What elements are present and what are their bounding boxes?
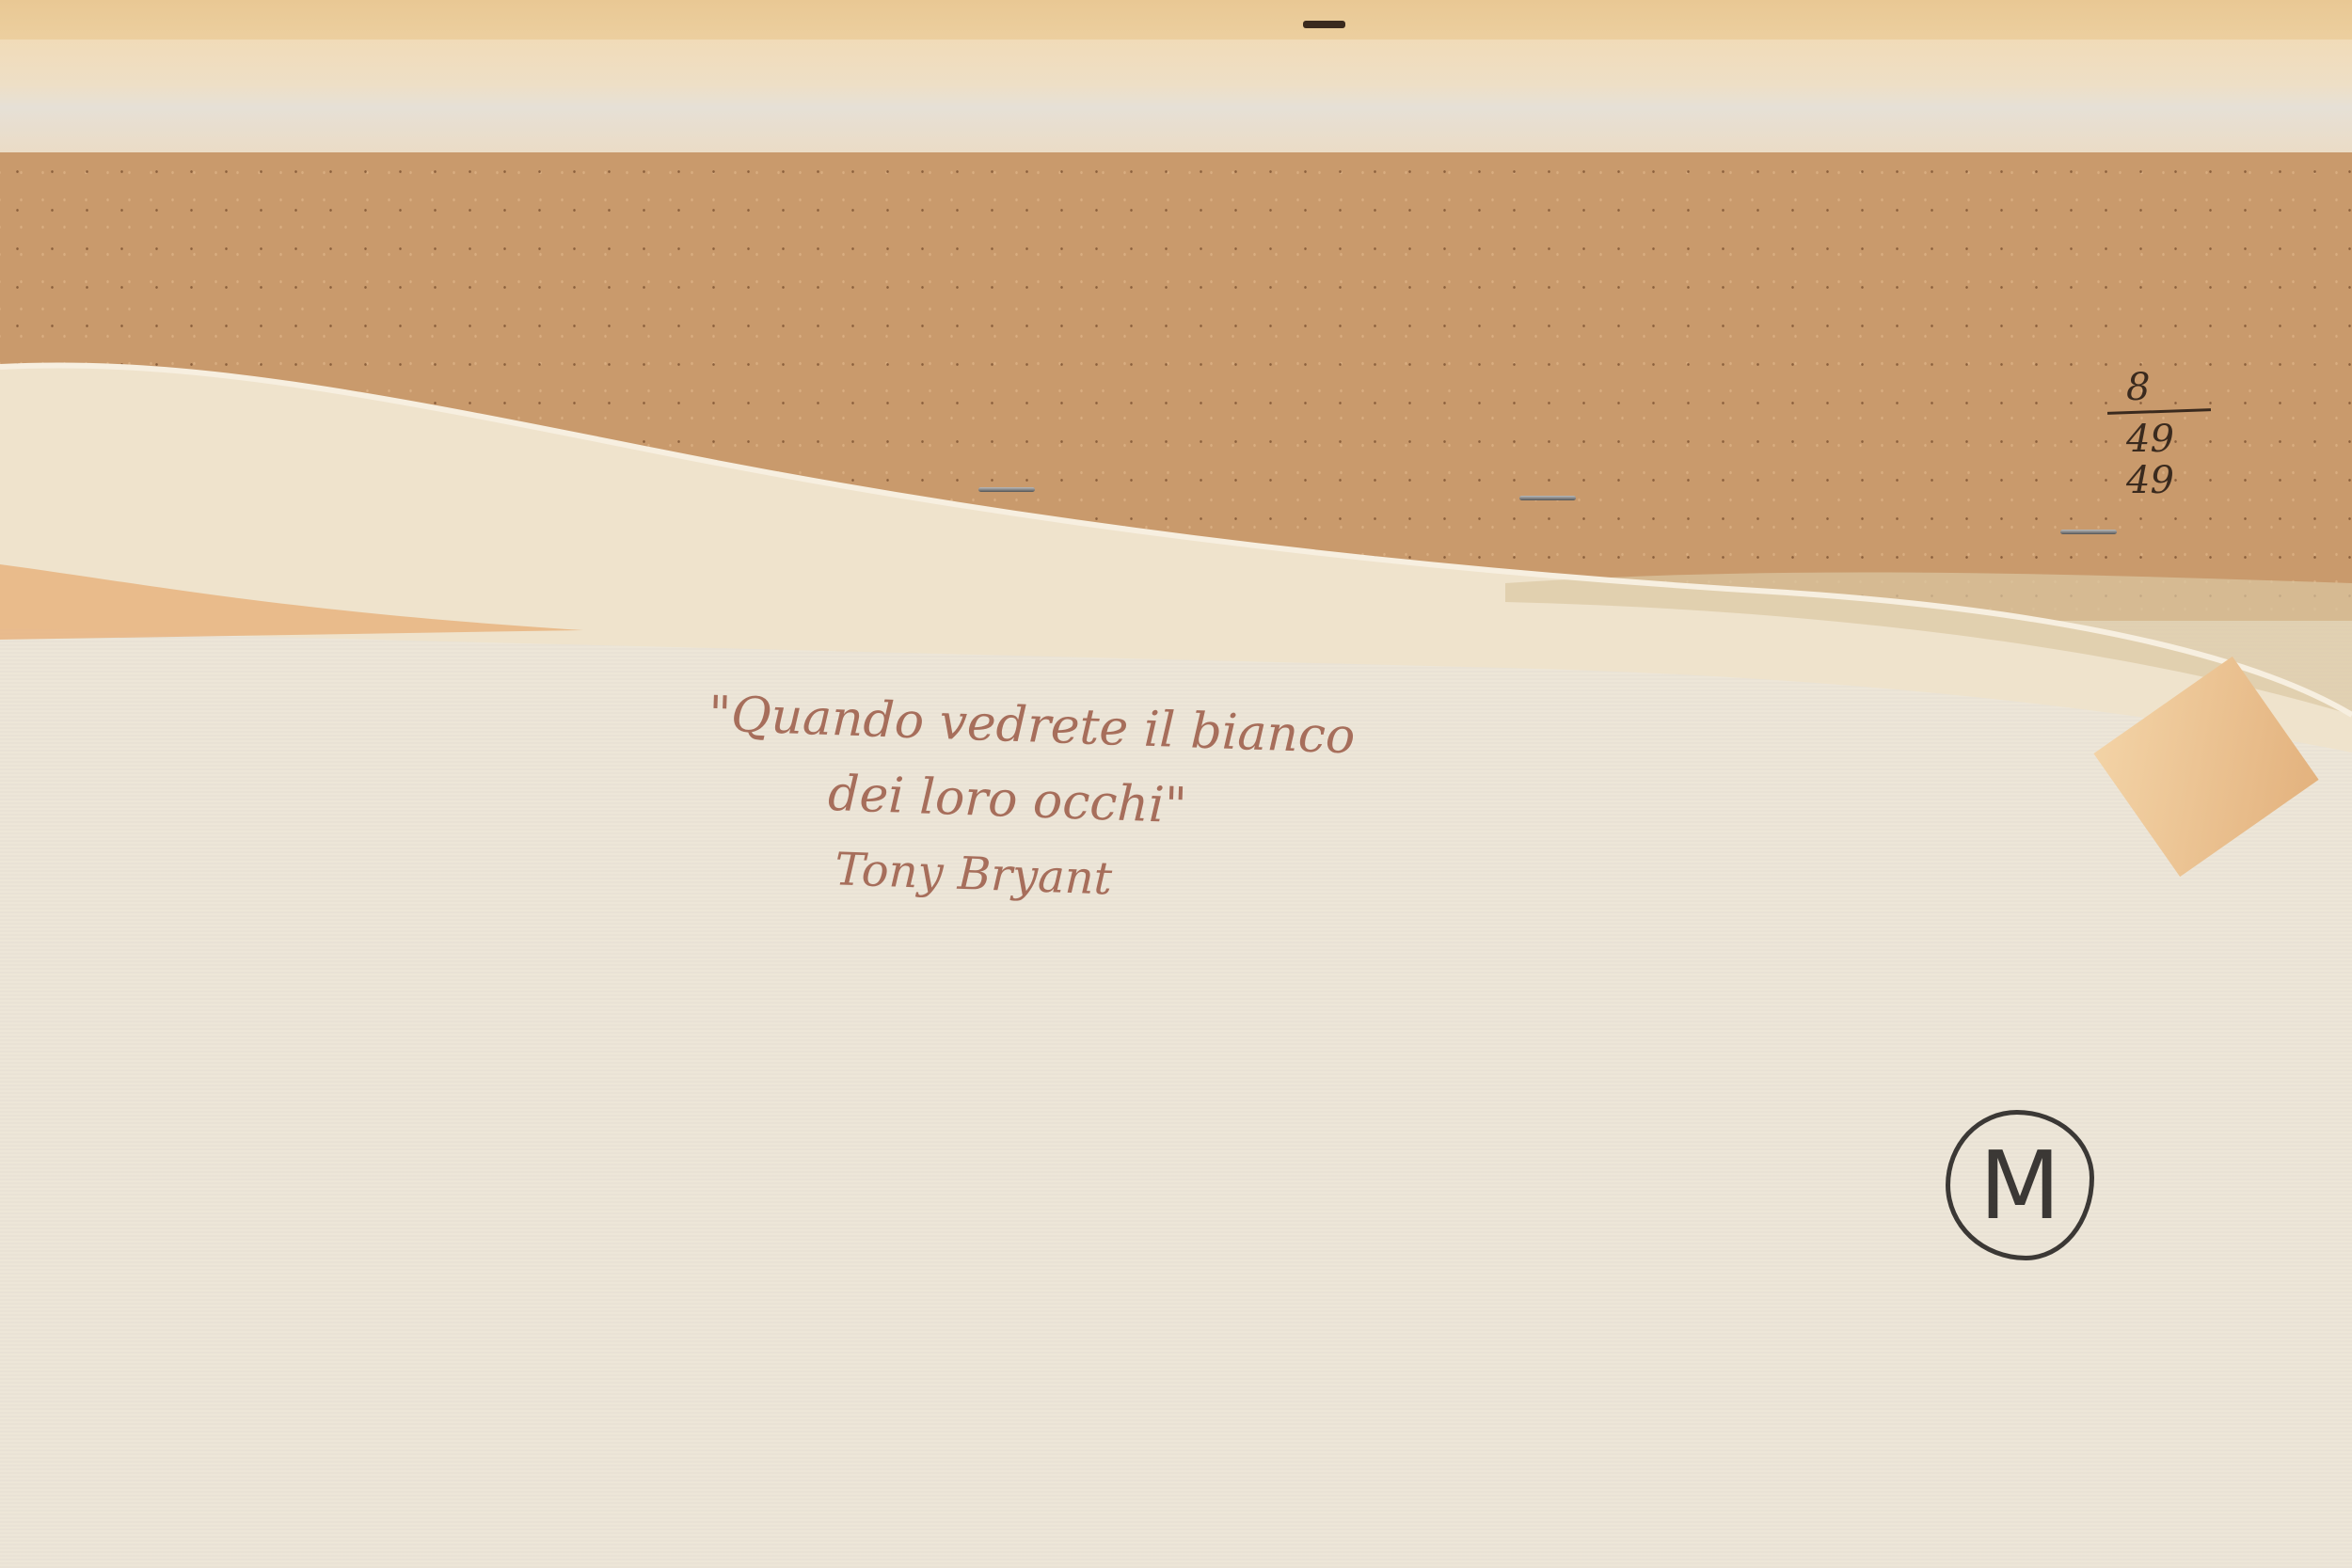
handwritten-inscription: "Quando vedrete il bianco dei loro occhi… <box>702 676 1820 941</box>
circled-monogram: M <box>1946 1110 2094 1260</box>
monogram-letter: M <box>1979 1131 2060 1241</box>
